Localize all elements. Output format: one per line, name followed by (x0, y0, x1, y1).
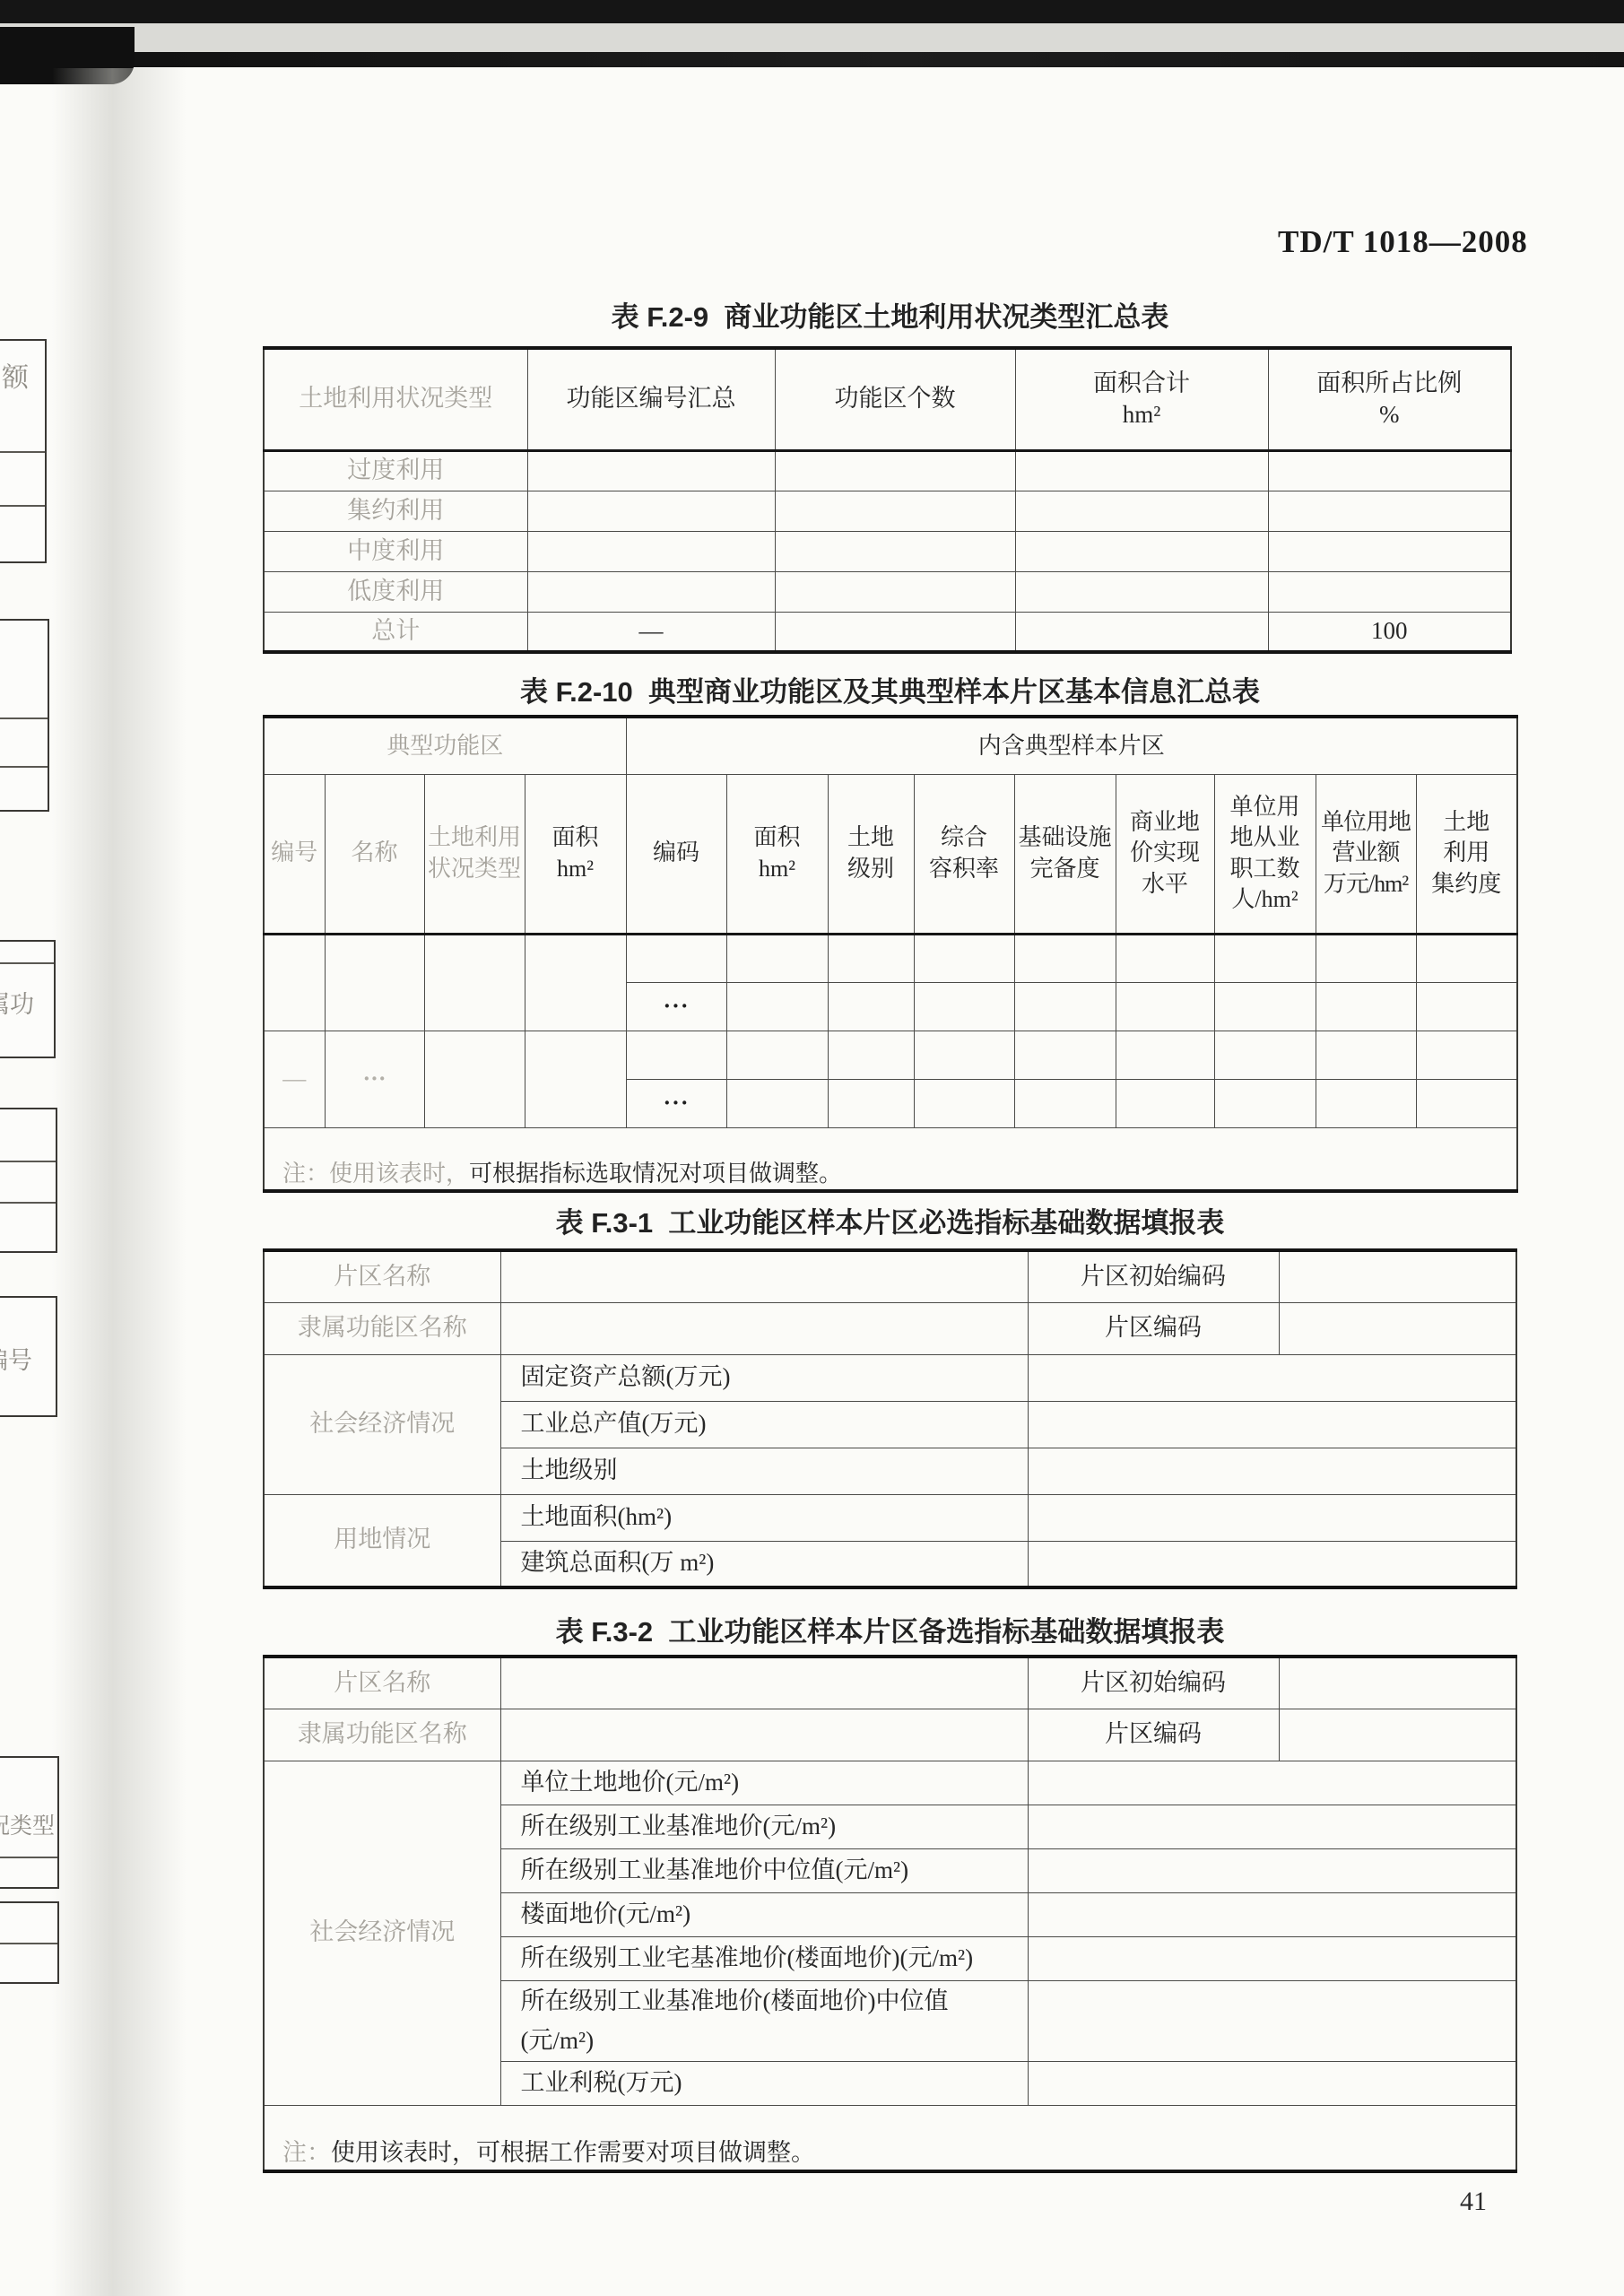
f210-col-landuse-type: 土地利用 状况类型 (424, 774, 525, 934)
f29-row-label: 集约利用 (264, 491, 527, 531)
table-f210-title: 表 F.2-10 典型商业功能区及其典型样本片区基本信息汇总表 (263, 669, 1517, 709)
table-f29-title: 表 F.2-9 商业功能区土地利用状况类型汇总表 (263, 294, 1517, 335)
margin-table-fragment (0, 1901, 59, 1984)
margin-fragment-line (0, 1161, 56, 1162)
f31-indicator: 土地级别 (500, 1448, 1028, 1494)
table-f31-title: 表 F.3-1 工业功能区样本片区必选指标基础数据填报表 (263, 1200, 1517, 1240)
blank-cell (1028, 1354, 1516, 1401)
blank-cell (828, 1079, 914, 1127)
blank-cell (1015, 450, 1268, 491)
blank-cell (1028, 1761, 1516, 1805)
blank-cell (1214, 982, 1316, 1031)
f210-group-sample-parcels: 内含典型样本片区 (626, 717, 1517, 774)
blank-cell (500, 1302, 1028, 1354)
blank-cell (1316, 934, 1416, 982)
blank-cell (1014, 1079, 1116, 1127)
blank-cell (424, 934, 525, 1031)
f210-col-land-grade: 土地 级别 (828, 774, 914, 934)
blank-cell (775, 612, 1015, 652)
margin-fragment-line (0, 505, 45, 507)
blank-cell (1014, 1031, 1116, 1079)
f31-indicator: 固定资产总额(万元) (500, 1354, 1028, 1401)
blank-cell (500, 1709, 1028, 1761)
f210-ellipsis-cell: ··· (626, 1079, 726, 1127)
blank-cell (1015, 491, 1268, 531)
blank-cell (1028, 1936, 1516, 1980)
f32-indicator: 楼面地价(元/m²) (500, 1892, 1028, 1936)
f32-parcel-name-label: 片区名称 (264, 1657, 500, 1709)
f29-total-dash: — (527, 612, 775, 652)
table-f32-title: 表 F.3-2 工业功能区样本片区备选指标基础数据填报表 (263, 1609, 1517, 1649)
blank-cell (1416, 1031, 1517, 1079)
f31-group-land-use: 用地情况 (264, 1494, 500, 1587)
blank-cell (726, 982, 828, 1031)
f31-group-socioeconomic: 社会经济情况 (264, 1354, 500, 1494)
f210-col-name: 名称 (325, 774, 424, 934)
f32-note-body: 使用该表时，可根据工作需要对项目做调整。 (331, 2139, 815, 2166)
blank-cell (527, 571, 775, 612)
blank-cell (500, 1657, 1028, 1709)
blank-cell (1116, 982, 1214, 1031)
scan-top-edge (0, 0, 1624, 23)
f32-indicator: 工业利税(万元) (500, 2061, 1028, 2105)
f29-total-percent: 100 (1268, 612, 1511, 652)
f210-col-code: 编码 (626, 774, 726, 934)
f29-row-label: 中度利用 (264, 531, 527, 571)
blank-cell (775, 571, 1015, 612)
page-spine-shadow (52, 68, 187, 2296)
f29-row-label: 过度利用 (264, 450, 527, 491)
f32-initial-code-label: 片区初始编码 (1028, 1657, 1279, 1709)
f210-note-body: 可根据指标选取情况对项目做调整。 (469, 1161, 842, 1187)
blank-cell (1268, 450, 1511, 491)
blank-cell (325, 934, 424, 1031)
blank-cell (1316, 982, 1416, 1031)
f32-note-prefix: 注： (282, 2139, 331, 2166)
blank-cell (1268, 531, 1511, 571)
table-f32: 片区名称 片区初始编码 隶属功能区名称 片区编码 社会经济情况 单位土地地价(元… (263, 1655, 1517, 2173)
f210-col-price-level: 商业地 价实现 水平 (1116, 774, 1214, 934)
page-number: 41 (1460, 2187, 1487, 2217)
blank-cell (914, 982, 1014, 1031)
blank-cell (527, 450, 775, 491)
margin-fragment-line (0, 451, 45, 453)
f210-col-no: 编号 (264, 774, 325, 934)
f29-row-label: 低度利用 (264, 571, 527, 612)
blank-cell (500, 1250, 1028, 1302)
table-f31: 片区名称 片区初始编码 隶属功能区名称 片区编码 社会经济情况 固定资产总额(万… (263, 1248, 1517, 1589)
f32-indicator: 单位土地地价(元/m²) (500, 1761, 1028, 1805)
f29-header-land-use-type: 土地利用状况类型 (264, 348, 527, 450)
blank-cell (1279, 1302, 1516, 1354)
f210-col-parcel-area: 面积 hm² (726, 774, 828, 934)
f210-col-workers: 单位用 地从业 职工数 人/hm² (1214, 774, 1316, 934)
f31-indicator: 土地面积(hm²) (500, 1494, 1028, 1541)
blank-cell (1028, 1892, 1516, 1936)
blank-cell (1416, 934, 1517, 982)
blank-cell (424, 1031, 525, 1127)
blank-cell (828, 1031, 914, 1079)
f29-total-label: 总计 (264, 612, 527, 652)
margin-fragment-line (0, 766, 48, 768)
blank-cell (1279, 1250, 1516, 1302)
blank-cell (1028, 1401, 1516, 1448)
blank-cell (1028, 1494, 1516, 1541)
blank-cell (1028, 1805, 1516, 1848)
blank-cell (1014, 934, 1116, 982)
blank-cell (1028, 1848, 1516, 1892)
f31-parcel-code-label: 片区编码 (1028, 1302, 1279, 1354)
f31-parcel-name-label: 片区名称 (264, 1250, 500, 1302)
f210-group-typical-zone: 典型功能区 (264, 717, 626, 774)
blank-cell (1116, 1031, 1214, 1079)
f32-indicator: 所在级别工业基准地价(元/m²) (500, 1805, 1028, 1848)
blank-cell (1214, 934, 1316, 982)
blank-cell (1015, 571, 1268, 612)
f32-indicator: 所在级别工业基准地价中位值(元/m²) (500, 1848, 1028, 1892)
f210-row2-name: ··· (325, 1031, 424, 1127)
blank-cell (1268, 571, 1511, 612)
blank-cell (264, 934, 325, 1031)
table-f29: 土地利用状况类型 功能区编号汇总 功能区个数 面积合计 hm² 面积所占比例 %… (263, 346, 1512, 654)
margin-table-fragment (0, 619, 49, 812)
blank-cell (775, 531, 1015, 571)
blank-cell (626, 934, 726, 982)
f32-indicator: 所在级别工业基准地价(楼面地价)中位值 (元/m²) (500, 1980, 1028, 2061)
f31-indicator: 工业总产值(万元) (500, 1401, 1028, 1448)
margin-fragment-text: 况类型 (0, 1808, 55, 1840)
f29-header-zone-codes: 功能区编号汇总 (527, 348, 775, 450)
blank-cell (1416, 1079, 1517, 1127)
blank-cell (1268, 491, 1511, 531)
margin-fragment-line (0, 1857, 57, 1858)
f210-ellipsis-cell: ··· (626, 982, 726, 1031)
f31-initial-code-label: 片区初始编码 (1028, 1250, 1279, 1302)
blank-cell (914, 1079, 1014, 1127)
blank-cell (1214, 1031, 1316, 1079)
f210-col-area: 面积 hm² (525, 774, 626, 934)
f32-parcel-code-label: 片区编码 (1028, 1709, 1279, 1761)
margin-fragment-line (0, 1202, 56, 1204)
scan-top-line (0, 52, 1624, 67)
f31-parent-zone-label: 隶属功能区名称 (264, 1302, 500, 1354)
f210-note: 注：使用该表时，可根据指标选取情况对项目做调整。 (264, 1127, 1517, 1191)
blank-cell (1416, 982, 1517, 1031)
blank-cell (1214, 1079, 1316, 1127)
f31-indicator: 建筑总面积(万 m²) (500, 1541, 1028, 1587)
margin-table-fragment (0, 1108, 57, 1253)
margin-fragment-line (0, 962, 54, 964)
f210-note-prefix: 注：使用该表时， (282, 1161, 469, 1187)
blank-cell (527, 531, 775, 571)
blank-cell (1116, 1079, 1214, 1127)
margin-fragment-line (0, 1943, 57, 1944)
f210-col-infrastructure: 基础设施 完备度 (1014, 774, 1116, 934)
f210-row2-no: — (264, 1031, 325, 1127)
margin-fragment-text: 属功 (0, 985, 34, 1020)
scan-top-gap (0, 23, 1624, 52)
f32-indicator: 所在级别工业宅基准地价(楼面地价)(元/m²) (500, 1936, 1028, 1980)
blank-cell (1015, 531, 1268, 571)
blank-cell (1028, 1541, 1516, 1587)
f210-col-intensity: 土地 利用 集约度 (1416, 774, 1517, 934)
blank-cell (775, 491, 1015, 531)
blank-cell (914, 934, 1014, 982)
f29-header-area-pct: 面积所占比例 % (1268, 348, 1511, 450)
blank-cell (828, 982, 914, 1031)
blank-cell (1014, 982, 1116, 1031)
blank-cell (1015, 612, 1268, 652)
blank-cell (914, 1031, 1014, 1079)
blank-cell (525, 1031, 626, 1127)
f32-parent-zone-label: 隶属功能区名称 (264, 1709, 500, 1761)
blank-cell (775, 450, 1015, 491)
margin-table-fragment: 属功 (0, 940, 56, 1058)
blank-cell (1028, 2061, 1516, 2105)
f32-group-socioeconomic: 社会经济情况 (264, 1761, 500, 2105)
blank-cell (726, 1079, 828, 1127)
blank-cell (1279, 1709, 1516, 1761)
margin-fragment-text: 编号 (0, 1341, 32, 1376)
blank-cell (525, 934, 626, 1031)
blank-cell (1116, 934, 1214, 982)
blank-cell (1028, 1980, 1516, 2061)
f32-note: 注：使用该表时，可根据工作需要对项目做调整。 (264, 2105, 1516, 2171)
margin-table-fragment: 况类型 (0, 1756, 59, 1889)
table-f210: 典型功能区 内含典型样本片区 编号 名称 土地利用 状况类型 面积 hm² 编码… (263, 715, 1518, 1193)
blank-cell (1316, 1079, 1416, 1127)
margin-fragment-text: 额 (2, 355, 29, 395)
blank-cell (726, 934, 828, 982)
blank-cell (626, 1031, 726, 1079)
blank-cell (828, 934, 914, 982)
blank-cell (1279, 1657, 1516, 1709)
f210-col-far: 综合 容积率 (914, 774, 1014, 934)
blank-cell (527, 491, 775, 531)
f29-header-area-total: 面积合计 hm² (1015, 348, 1268, 450)
standard-code: TD/T 1018—2008 (1278, 224, 1547, 260)
margin-fragment-line (0, 717, 48, 719)
blank-cell (1028, 1448, 1516, 1494)
margin-table-fragment: 编号 (0, 1296, 57, 1417)
f210-col-turnover: 单位用地 营业额 万元/hm² (1316, 774, 1416, 934)
f29-header-zone-count: 功能区个数 (775, 348, 1015, 450)
document-page: 额 属功 编号 况类型 TD/T 1018—2008 表 F.2-9 商业功能区… (0, 0, 1624, 2296)
blank-cell (726, 1031, 828, 1079)
blank-cell (1316, 1031, 1416, 1079)
margin-table-fragment: 额 (0, 339, 47, 563)
